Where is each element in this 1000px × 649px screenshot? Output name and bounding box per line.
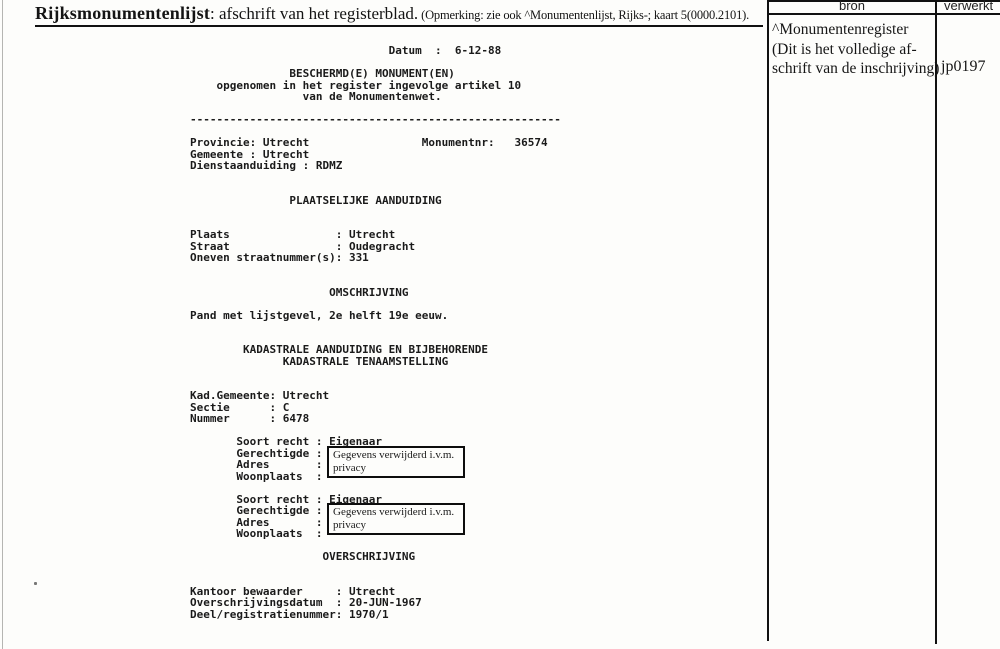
privacy-stamp-line1: Gegevens verwijderd i.v.m. [333,506,460,519]
scan-edge-artifact [2,0,3,649]
page-title-note-text: (Opmerking: zie ook ^Monumentenlijst, Ri… [421,8,749,22]
privacy-redaction-stamp-2: Gegevens verwijderd i.v.m. privacy [327,503,465,535]
page-title-note: (Opmerking: zie ook ^Monumentenlijst, Ri… [418,8,749,22]
privacy-stamp-line1: Gegevens verwijderd i.v.m. [333,449,460,462]
verwerkt-code: jp0197 [941,58,985,76]
bron-annotation-text: ^Monumentenregister (Dit is het volledig… [772,20,934,79]
privacy-redaction-stamp-1: Gegevens verwijderd i.v.m. privacy [327,446,465,478]
registerblad-scan-page: Rijksmonumentenlijst: afschrift van het … [0,0,1000,649]
column-header-verwerkt: verwerkt [937,0,1000,13]
annotation-table-left-border [767,0,769,641]
page-title: Rijksmonumentenlijst: afschrift van het … [35,3,763,27]
annotation-table-header-underline [767,13,1000,15]
privacy-stamp-line2: privacy [333,519,460,532]
column-header-bron: bron [769,0,935,13]
ink-speck-artifact [34,582,37,585]
page-title-main: Rijksmonumentenlijst [35,3,210,23]
privacy-stamp-line2: privacy [333,462,460,475]
annotation-table-column-divider [935,0,937,644]
page-title-suffix: : afschrift van het registerblad. [210,4,418,23]
